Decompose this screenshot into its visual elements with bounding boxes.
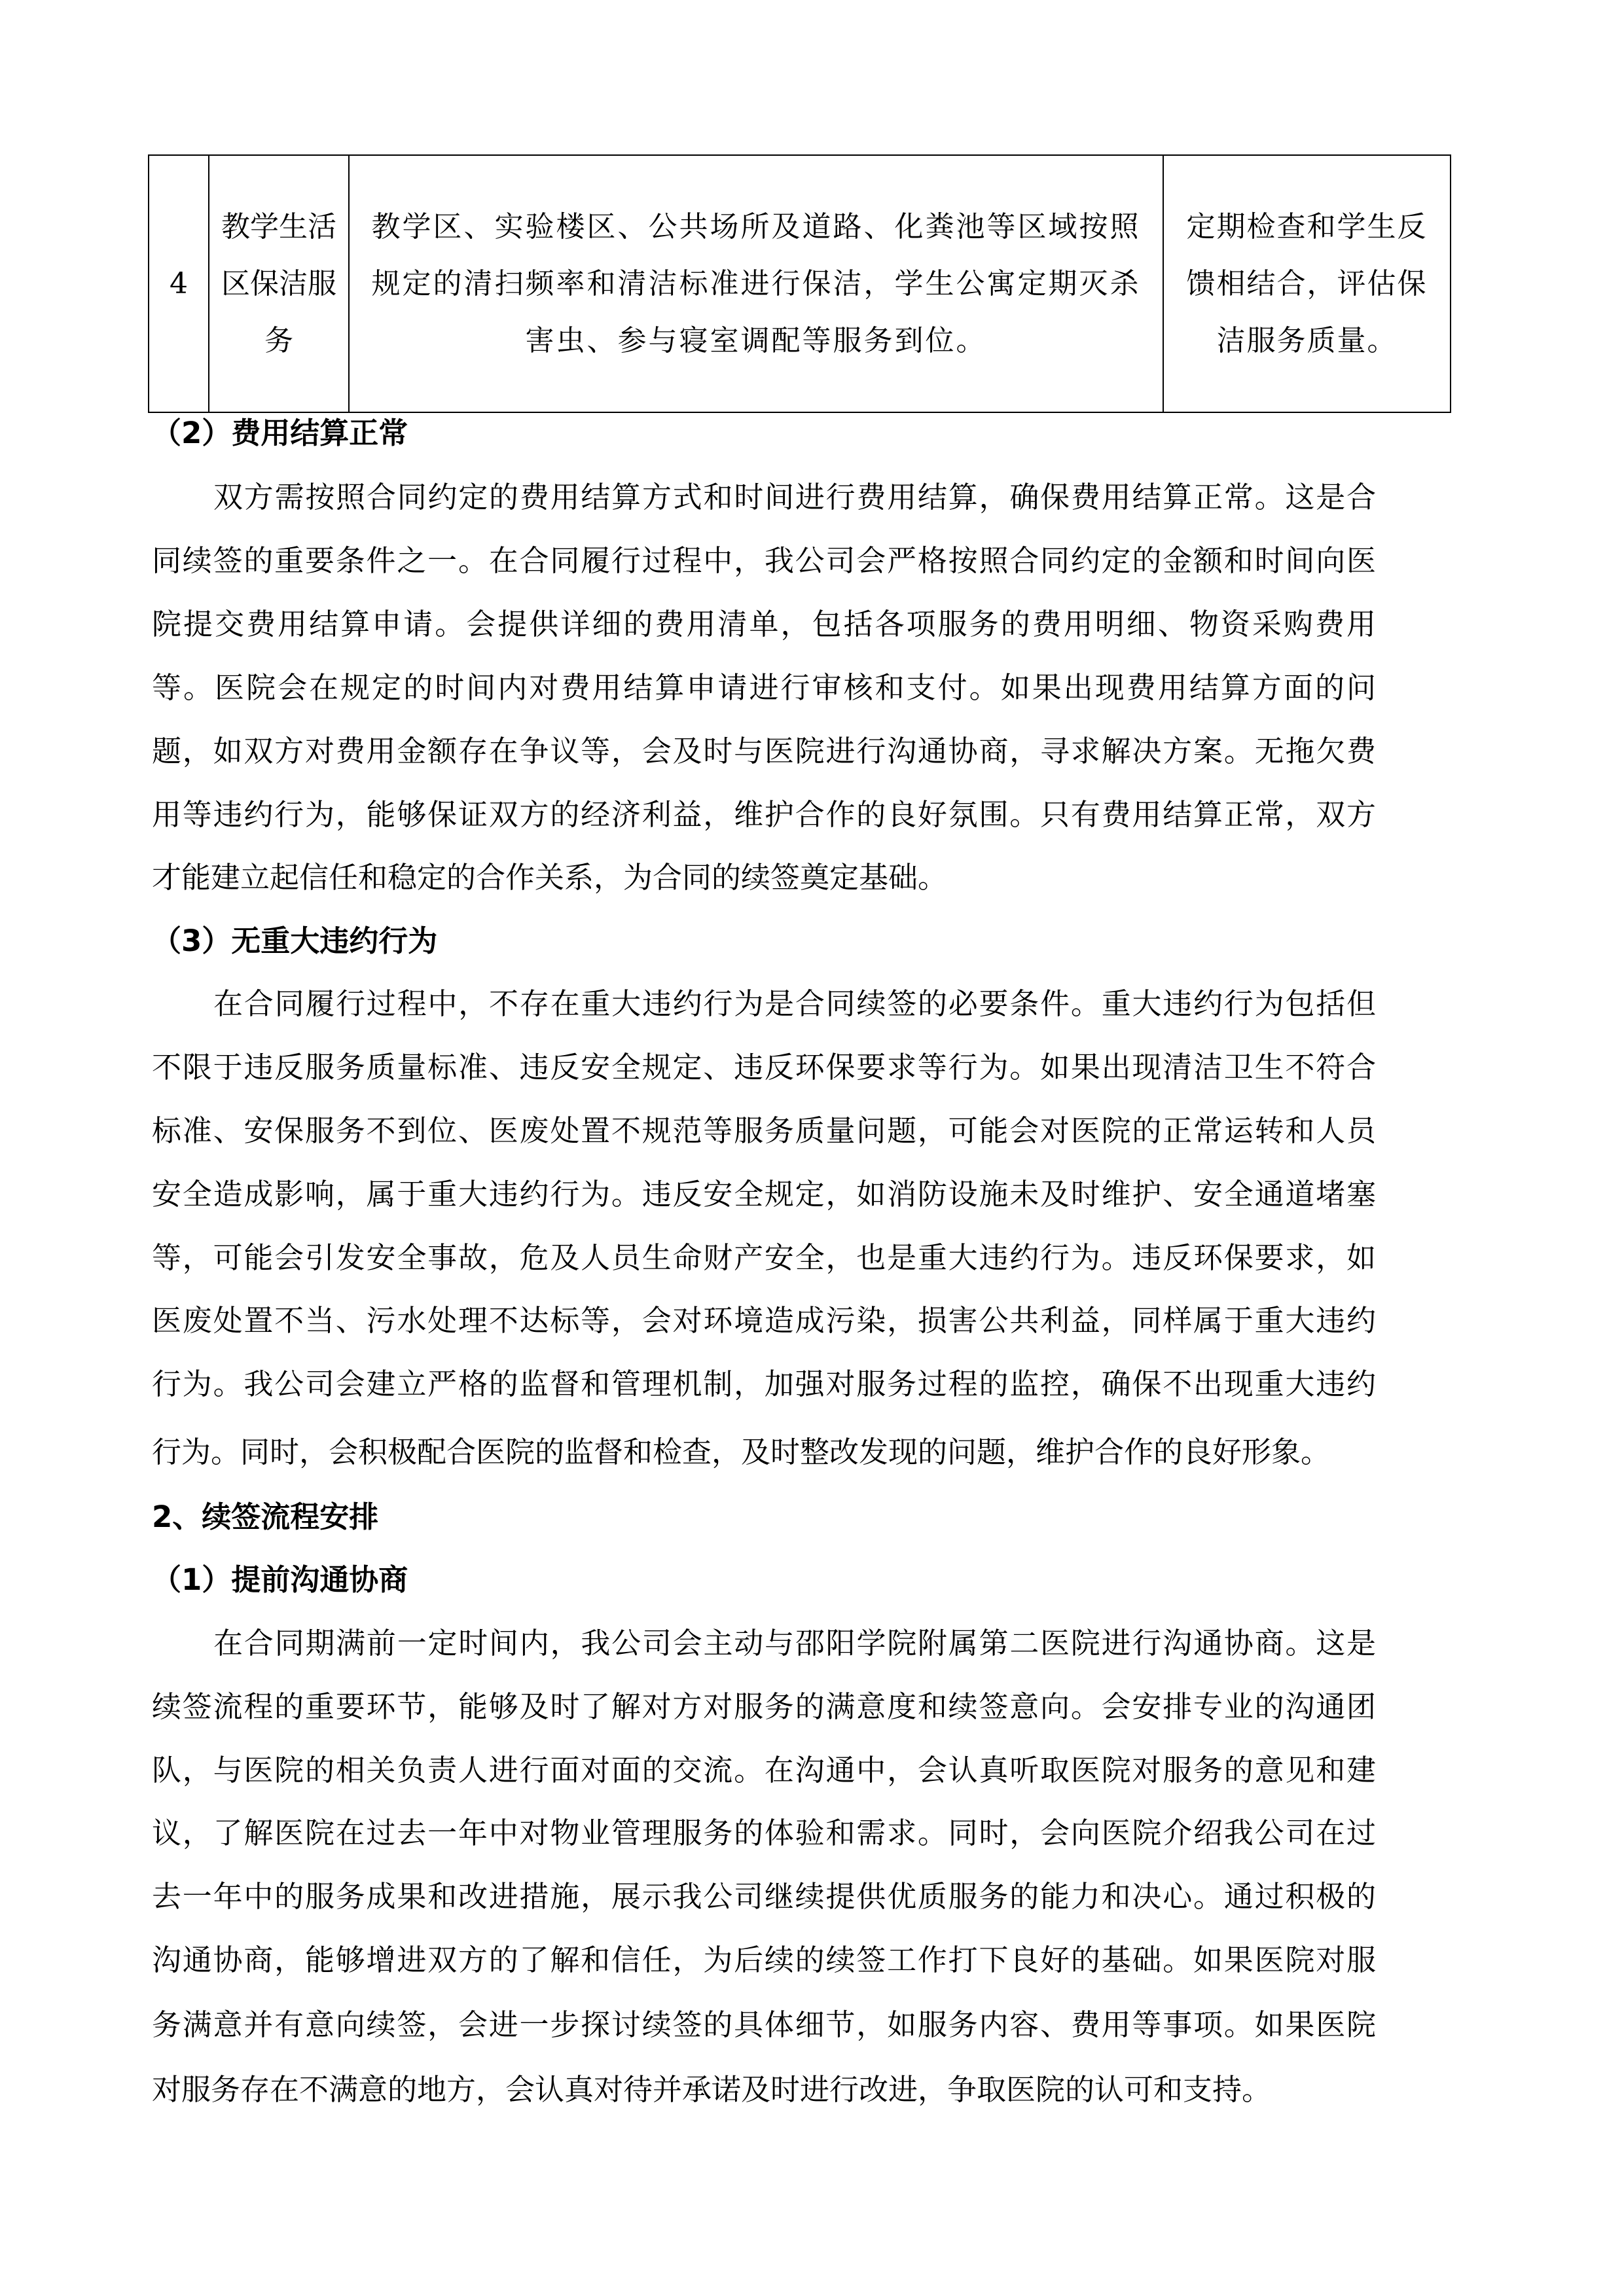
evaluation-cell: 定期检查和学生反馈相结合，评估保洁服务质量。: [1163, 155, 1451, 412]
paragraph-line: 等，可能会引发安全事故，危及人员生命财产安全，也是重大违约行为。违反环保要求，如: [152, 1226, 1376, 1289]
paragraph-line: 同续签的重要条件之一。在合同履行过程中，我公司会严格按照合同约定的金额和时间向医: [152, 529, 1376, 592]
paragraph-line: 等。医院会在规定的时间内对费用结算申请进行审核和支付。如果出现费用结算方面的问: [152, 656, 1376, 719]
paragraph-line: 标准、安保服务不到位、医废处置不规范等服务质量问题，可能会对医院的正常运转和人员: [152, 1099, 1376, 1162]
section-heading-renewal-process: 2、续签流程安排: [152, 1485, 378, 1549]
paragraph-line: 行为。同时，会积极配合医院的监督和检查，及时整改发现的问题，维护合作的良好形象。: [152, 1420, 1376, 1484]
paragraph-line: 去一年中的服务成果和改进措施，展示我公司继续提供优质服务的能力和决心。通过积极的: [152, 1865, 1376, 1928]
service-table: 4 教学生活区保洁服务 教学区、实验楼区、公共场所及道路、化粪池等区域按照规定的…: [148, 154, 1451, 413]
table-row: 4 教学生活区保洁服务 教学区、实验楼区、公共场所及道路、化粪池等区域按照规定的…: [149, 155, 1451, 412]
paragraph-line: 沟通协商，能够增进双方的了解和信任，为后续的续签工作打下良好的基础。如果医院对服: [152, 1928, 1376, 1992]
section-heading-advance-communication: （1）提前沟通协商: [152, 1548, 408, 1611]
paragraph-line: 续签流程的重要环节，能够及时了解对方对服务的满意度和续签意向。会安排专业的沟通团: [152, 1675, 1376, 1738]
paragraph-line: 在合同期满前一定时间内，我公司会主动与邵阳学院附属第二医院进行沟通协商。这是: [152, 1611, 1376, 1675]
section-heading-no-major-breach: （3）无重大违约行为: [152, 909, 437, 973]
paragraph-line: 对服务存在不满意的地方，会认真对待并承诺及时进行改进，争取医院的认可和支持。: [152, 2058, 1376, 2121]
section-heading-fee-settlement: （2）费用结算正常: [152, 401, 408, 465]
paragraph-line: 议，了解医院在过去一年中对物业管理服务的体验和需求。同时，会向医院介绍我公司在过: [152, 1801, 1376, 1865]
document-page: 4 教学生活区保洁服务 教学区、实验楼区、公共场所及道路、化粪池等区域按照规定的…: [0, 0, 1624, 2296]
paragraph-line: 务满意并有意向续签，会进一步探讨续签的具体细节，如服务内容、费用等事项。如果医院: [152, 1993, 1376, 2056]
paragraph-line: 院提交费用结算申请。会提供详细的费用清单，包括各项服务的费用明细、物资采购费用: [152, 592, 1376, 656]
paragraph-line: 双方需按照合同约定的费用结算方式和时间进行费用结算，确保费用结算正常。这是合: [152, 465, 1376, 529]
paragraph-line: 用等违约行为，能够保证双方的经济利益，维护合作的良好氛围。只有费用结算正常，双方: [152, 783, 1376, 846]
row-number-cell: 4: [149, 155, 209, 412]
paragraph-line: 医废处置不当、污水处理不达标等，会对环境造成污染，损害公共利益，同样属于重大违约: [152, 1289, 1376, 1352]
service-name: 教学生活区保洁服务: [221, 198, 336, 369]
paragraph-line: 行为。我公司会建立严格的监督和管理机制，加强对服务过程的监控，确保不出现重大违约: [152, 1352, 1376, 1416]
service-content-cell: 教学区、实验楼区、公共场所及道路、化粪池等区域按照规定的清扫频率和清洁标准进行保…: [349, 155, 1163, 412]
paragraph-line: 不限于违反服务质量标准、违反安全规定、违反环保要求等行为。如果出现清洁卫生不符合: [152, 1035, 1376, 1099]
service-name-cell: 教学生活区保洁服务: [209, 155, 349, 412]
paragraph-line: 队，与医院的相关负责人进行面对面的交流。在沟通中，会认真听取医院对服务的意见和建: [152, 1738, 1376, 1802]
row-number: 4: [170, 255, 188, 312]
evaluation-method: 定期检查和学生反馈相结合，评估保洁服务质量。: [1177, 198, 1437, 369]
paragraph-line: 题，如双方对费用金额存在争议等，会及时与医院进行沟通协商，寻求解决方案。无拖欠费: [152, 719, 1376, 783]
paragraph-line: 安全造成影响，属于重大违约行为。违反安全规定，如消防设施未及时维护、安全通道堵塞: [152, 1162, 1376, 1226]
service-content: 教学区、实验楼区、公共场所及道路、化粪池等区域按照规定的清扫频率和清洁标准进行保…: [361, 198, 1151, 369]
paragraph-line: 在合同履行过程中，不存在重大违约行为是合同续签的必要条件。重大违约行为包括但: [152, 972, 1376, 1035]
paragraph-line: 才能建立起信任和稳定的合作关系，为合同的续签奠定基础。: [152, 846, 1376, 909]
